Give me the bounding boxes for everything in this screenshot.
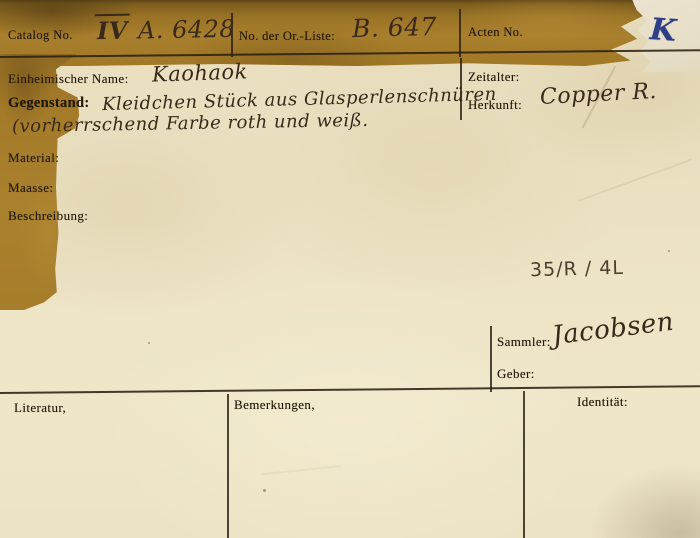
- maasse-label: Maasse:: [8, 180, 53, 196]
- zeitalter-label: Zeitalter:: [468, 69, 520, 85]
- paper-speck: [263, 489, 266, 492]
- literatur-label: Literatur,: [14, 400, 66, 416]
- footer-rule-line: [0, 385, 700, 394]
- gegenstand-label: Gegenstand:: [8, 95, 89, 112]
- sammler-signature: Jacobsen: [551, 307, 676, 352]
- identitaet-label: Identität:: [577, 394, 628, 410]
- corner-mark-handwritten-k: K: [649, 12, 678, 49]
- geber-label: Geber:: [497, 366, 535, 382]
- or-liste-value: B. 647: [352, 12, 438, 43]
- inventory-mark: 35/R / 4L: [530, 257, 624, 281]
- or-liste-label: No. der Or.-Liste:: [239, 29, 335, 44]
- catalog-card: Catalog No. No. der Or.-Liste: Acten No.…: [0, 0, 700, 538]
- einheimischer-name-label: Einheimischer Name:: [8, 71, 129, 87]
- paper-speck: [148, 342, 150, 344]
- catalog-no-value: IV A. 6428: [95, 14, 236, 45]
- sammler-label: Sammler:: [497, 334, 551, 350]
- beschreibung-label: Beschreibung:: [8, 208, 88, 224]
- catalog-no-number: A. 6428: [130, 15, 236, 45]
- footer-divider-line-2: [523, 391, 525, 538]
- einheimischer-name-value: Kaohaok: [152, 59, 249, 86]
- footer-divider-line-1: [227, 394, 229, 538]
- material-label: Material:: [8, 150, 59, 166]
- catalog-no-roman-numeral: IV: [95, 14, 130, 46]
- crease-mark: [578, 159, 691, 201]
- paper-speck: [668, 250, 670, 252]
- bemerkungen-label: Bemerkungen,: [234, 397, 315, 413]
- catalog-no-label: Catalog No.: [8, 28, 73, 43]
- header-divider-line-2: [459, 9, 461, 57]
- crease-mark: [261, 465, 341, 475]
- sammler-divider-line: [490, 326, 492, 392]
- acten-no-label: Acten No.: [468, 25, 523, 40]
